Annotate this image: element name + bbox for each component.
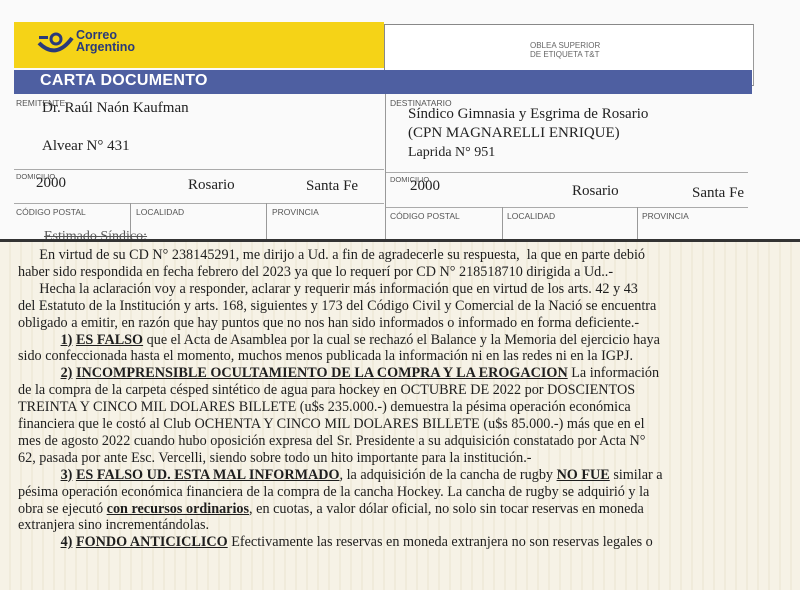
recipient-postal-code: 2000 bbox=[410, 178, 440, 195]
letter-line: Hecha la aclaración voy a responder, acl… bbox=[18, 281, 638, 297]
letter-text: haber sido respondida en fecha febrero d… bbox=[18, 264, 613, 280]
letter-text: sido confeccionada hasta el momento, muc… bbox=[18, 348, 633, 364]
brand-header: Correo Argentino bbox=[14, 22, 384, 68]
sender-province-label: PROVINCIA bbox=[272, 207, 319, 217]
recipient-attention: (CPN MAGNARELLI ENRIQUE) bbox=[408, 125, 620, 142]
recipient-city: Rosario bbox=[572, 183, 619, 200]
emphasized-text: con recursos ordinarios bbox=[107, 501, 249, 517]
letter-text: Hecha la aclaración voy a responder, acl… bbox=[18, 281, 638, 297]
letter-line: de la compra de la carpeta césped sintét… bbox=[18, 382, 635, 398]
letter-text: financiera que le costó al Club OCHENTA … bbox=[18, 416, 645, 432]
emphasized-text: FONDO ANTICICLICO bbox=[76, 534, 228, 550]
letter-text bbox=[18, 534, 61, 550]
emphasized-text: INCOMPRENSIBLE OCULTAMIENTO DE LA COMPRA… bbox=[76, 365, 568, 381]
sender-address: Alvear N° 431 bbox=[42, 138, 130, 155]
emphasized-text: 2) bbox=[61, 365, 73, 381]
divider bbox=[266, 203, 267, 239]
letter-line: extranjera sino incrementándolas. bbox=[18, 517, 209, 533]
letter-text: obligado a emitir, en razón que hay punt… bbox=[18, 315, 639, 331]
letter-text: que el Acta de Asamblea por la cual se r… bbox=[143, 332, 660, 348]
letter-text: obra se ejecutó bbox=[18, 501, 107, 517]
letter-body: En virtud de su CD N° 238145291, me diri… bbox=[0, 242, 800, 590]
recipient-city-label: LOCALIDAD bbox=[507, 211, 555, 221]
divider bbox=[637, 207, 638, 239]
emphasized-text: ES FALSO bbox=[76, 332, 143, 348]
letter-text: En virtud de su CD N° 238145291, me diri… bbox=[18, 247, 645, 263]
letter-line: obra se ejecutó con recursos ordinarios,… bbox=[18, 501, 644, 517]
letter-text bbox=[18, 467, 61, 483]
letter-line: pésima operación económica financiera de… bbox=[18, 484, 649, 500]
letter-line: 1) ES FALSO que el Acta de Asamblea por … bbox=[18, 332, 660, 348]
letter-text: mes de agosto 2022 cuando hubo oposición… bbox=[18, 433, 645, 449]
sender-city: Rosario bbox=[188, 177, 235, 194]
brand-line-2: Argentino bbox=[76, 41, 135, 53]
divider bbox=[14, 203, 384, 204]
emphasized-text: 3) bbox=[61, 467, 73, 483]
carta-documento-form: Correo Argentino OBLEA SUPERIOR DE ETIQU… bbox=[0, 0, 800, 240]
divider bbox=[386, 172, 748, 173]
letter-text: del Estatuto de la Institución y arts. 1… bbox=[18, 298, 656, 314]
letter-line: haber sido respondida en fecha febrero d… bbox=[18, 264, 613, 280]
document-type-title: CARTA DOCUMENTO bbox=[40, 72, 208, 90]
letter-text: extranjera sino incrementándolas. bbox=[18, 517, 209, 533]
divider bbox=[14, 169, 384, 170]
letter-line: del Estatuto de la Institución y arts. 1… bbox=[18, 298, 656, 314]
letter-line: obligado a emitir, en razón que hay punt… bbox=[18, 315, 639, 331]
letter-text: La información bbox=[568, 365, 659, 381]
letter-text bbox=[18, 332, 61, 348]
letter-text: Efectivamente las reservas en moneda ext… bbox=[228, 534, 653, 550]
letter-line: 4) FONDO ANTICICLICO Efectivamente las r… bbox=[18, 534, 653, 550]
letter-line: mes de agosto 2022 cuando hubo oposición… bbox=[18, 433, 645, 449]
emphasized-text: 1) bbox=[61, 332, 73, 348]
letter-line: TREINTA Y CINCO MIL DOLARES BILLETE (u$s… bbox=[18, 399, 631, 415]
letter-line: sido confeccionada hasta el momento, muc… bbox=[18, 348, 633, 364]
recipient-address: Laprida N° 951 bbox=[408, 145, 495, 161]
brand-name: Correo Argentino bbox=[76, 29, 135, 53]
oblea-line-2: DE ETIQUETA T&T bbox=[530, 50, 600, 59]
letter-text: de la compra de la carpeta césped sintét… bbox=[18, 382, 635, 398]
sender-city-label: LOCALIDAD bbox=[136, 207, 184, 217]
divider bbox=[386, 207, 748, 208]
letter-line: 62, pasada por ante Esc. Vercelli, siend… bbox=[18, 450, 532, 466]
sender-postal-label: CÓDIGO POSTAL bbox=[16, 207, 86, 217]
letter-line: En virtud de su CD N° 238145291, me diri… bbox=[18, 247, 645, 263]
letter-text: 62, pasada por ante Esc. Vercelli, siend… bbox=[18, 450, 532, 466]
letter-text: , la adquisición de la cancha de rugby bbox=[339, 467, 556, 483]
document-type-bar: CARTA DOCUMENTO bbox=[14, 70, 752, 94]
divider bbox=[502, 207, 503, 239]
recipient-province: Santa Fe bbox=[692, 185, 744, 202]
letter-line: 3) ES FALSO UD. ESTA MAL INFORMADO, la a… bbox=[18, 467, 663, 483]
oblea-line-1: OBLEA SUPERIOR bbox=[530, 41, 600, 50]
recipient-postal-label: CÓDIGO POSTAL bbox=[390, 211, 460, 221]
letter-line: 2) INCOMPRENSIBLE OCULTAMIENTO DE LA COM… bbox=[18, 365, 659, 381]
letter-text: similar a bbox=[610, 467, 663, 483]
letter-text: , en cuotas, a valor dólar oficial, no s… bbox=[249, 501, 644, 517]
sender-name: Dr. Raúl Naón Kaufman bbox=[42, 100, 189, 117]
recipient-name: Síndico Gimnasia y Esgrima de Rosario bbox=[408, 106, 648, 123]
emphasized-text: 4) bbox=[61, 534, 73, 550]
divider bbox=[385, 94, 386, 240]
letter-text: TREINTA Y CINCO MIL DOLARES BILLETE (u$s… bbox=[18, 399, 631, 415]
sender-province: Santa Fe bbox=[306, 178, 358, 195]
oblea-text: OBLEA SUPERIOR DE ETIQUETA T&T bbox=[530, 41, 600, 59]
sender-postal-code: 2000 bbox=[36, 175, 66, 192]
emphasized-text: ES FALSO UD. ESTA MAL INFORMADO bbox=[76, 467, 340, 483]
recipient-province-label: PROVINCIA bbox=[642, 211, 689, 221]
letter-text: pésima operación económica financiera de… bbox=[18, 484, 649, 500]
letter-line: financiera que le costó al Club OCHENTA … bbox=[18, 416, 645, 432]
correo-argentino-logo-icon bbox=[36, 30, 76, 58]
letter-text bbox=[18, 365, 61, 381]
emphasized-text: NO FUE bbox=[557, 467, 610, 483]
